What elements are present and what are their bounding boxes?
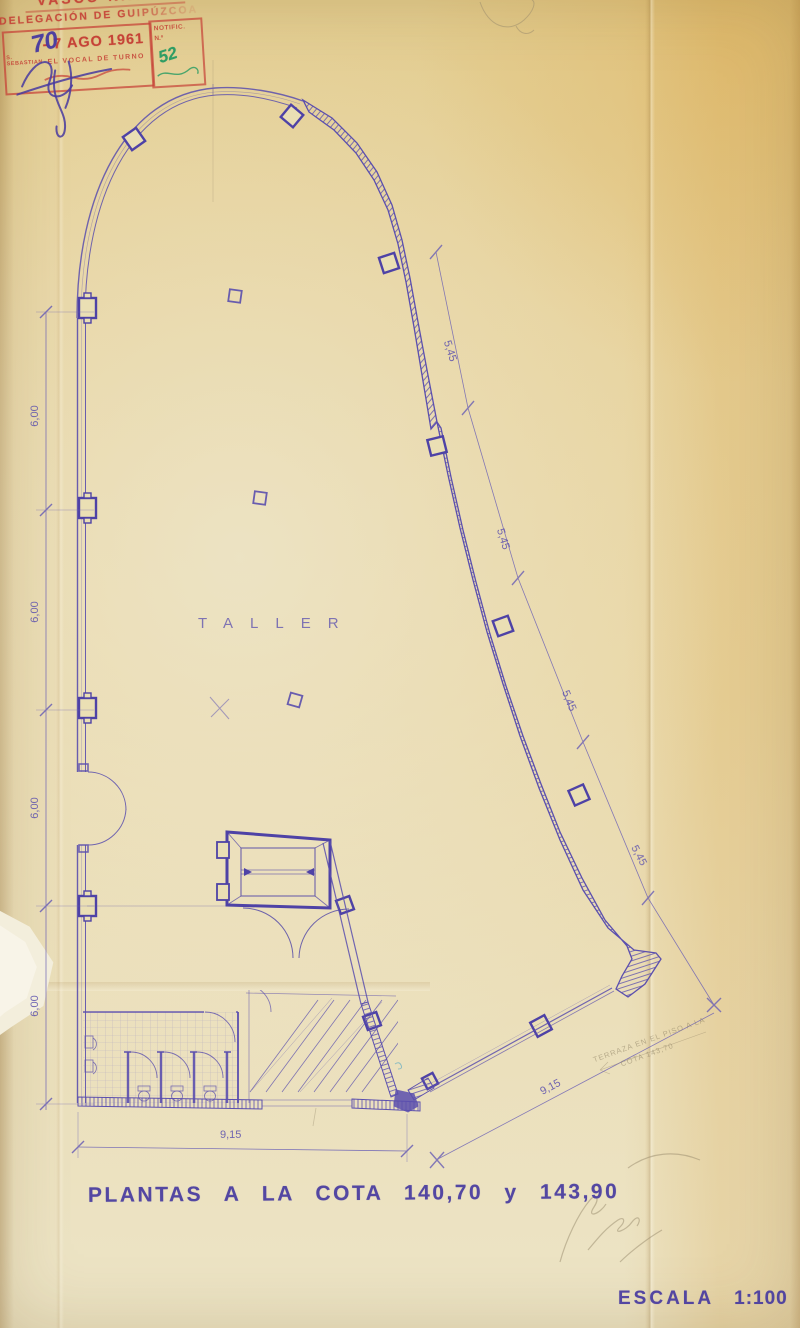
pencil-x-mark: [210, 697, 229, 719]
elevator-shaft: [87, 832, 349, 958]
registration-stamp: VASCO-NAVARRO DELEGACIÓN DE GUIPÚZCOA S.…: [0, 0, 218, 138]
stamp-notification-box: NOTIFIC. N.º 52: [148, 17, 206, 88]
dimensions-diagonal: [430, 245, 721, 1012]
room-label: TALLER: [198, 615, 356, 632]
dimension-bottom: [72, 1112, 413, 1162]
scale-label: ESCALA: [618, 1288, 714, 1309]
interior-columns: [228, 289, 302, 707]
floor-plan-drawing: 6,00 6,00 6,00 6,00 5,45 5,45 5,45 5,45 …: [0, 0, 800, 1328]
scale-caption: ESCALA1:100: [618, 1288, 788, 1310]
scanned-plan-page: { "stamp": { "org": "VASCO-NAVARRO", "de…: [0, 0, 800, 1328]
bathrooms: [83, 1012, 238, 1103]
dim-label-bottom: 9,15: [220, 1129, 241, 1141]
wall-band-upper: [303, 100, 437, 429]
hatched-perimeter-wall: [303, 100, 661, 997]
stamp-notified-label: NOTIFIC.: [154, 23, 198, 33]
pencil-scribble: [560, 1154, 700, 1262]
stamp-number-label: N.º: [154, 35, 163, 43]
dim-label-diag-3: 5,45: [559, 689, 578, 713]
scale-value: 1:100: [734, 1288, 788, 1309]
wall-columns: [123, 105, 590, 1089]
green-pen-flourish: [155, 64, 202, 85]
left-entrance-door: [79, 764, 126, 852]
dim-label-diag-2: 5,45: [494, 527, 512, 551]
dim-label-left-2: 6,00: [29, 601, 41, 622]
handwritten-signature: [12, 17, 149, 145]
dim-label-diag-1: 5,45: [441, 339, 459, 363]
drawing-title: PLANTAS A LA COTA 140,70 y 143,90: [88, 1180, 619, 1208]
stairs: [243, 984, 430, 1103]
dim-label-left-4: 6,00: [29, 995, 41, 1016]
dim-labels-left: 6,00 6,00 6,00 6,00: [29, 405, 41, 1016]
pencil-top-swirl: [480, 0, 534, 33]
dim-label-diag-4: 5,45: [628, 843, 649, 868]
wall-band-lower: [437, 422, 661, 997]
pencil-notes: TERRAZA EN EL PISO A LA COTA 143,70: [592, 1015, 707, 1068]
dim-labels-diagonal: 5,45 5,45 5,45 5,45: [441, 339, 649, 868]
dim-label-left-3: 6,00: [29, 797, 41, 818]
dim-label-left-1: 6,00: [29, 405, 41, 426]
closing-edge: [426, 985, 614, 1092]
pen-blue-mark: [395, 1063, 402, 1069]
